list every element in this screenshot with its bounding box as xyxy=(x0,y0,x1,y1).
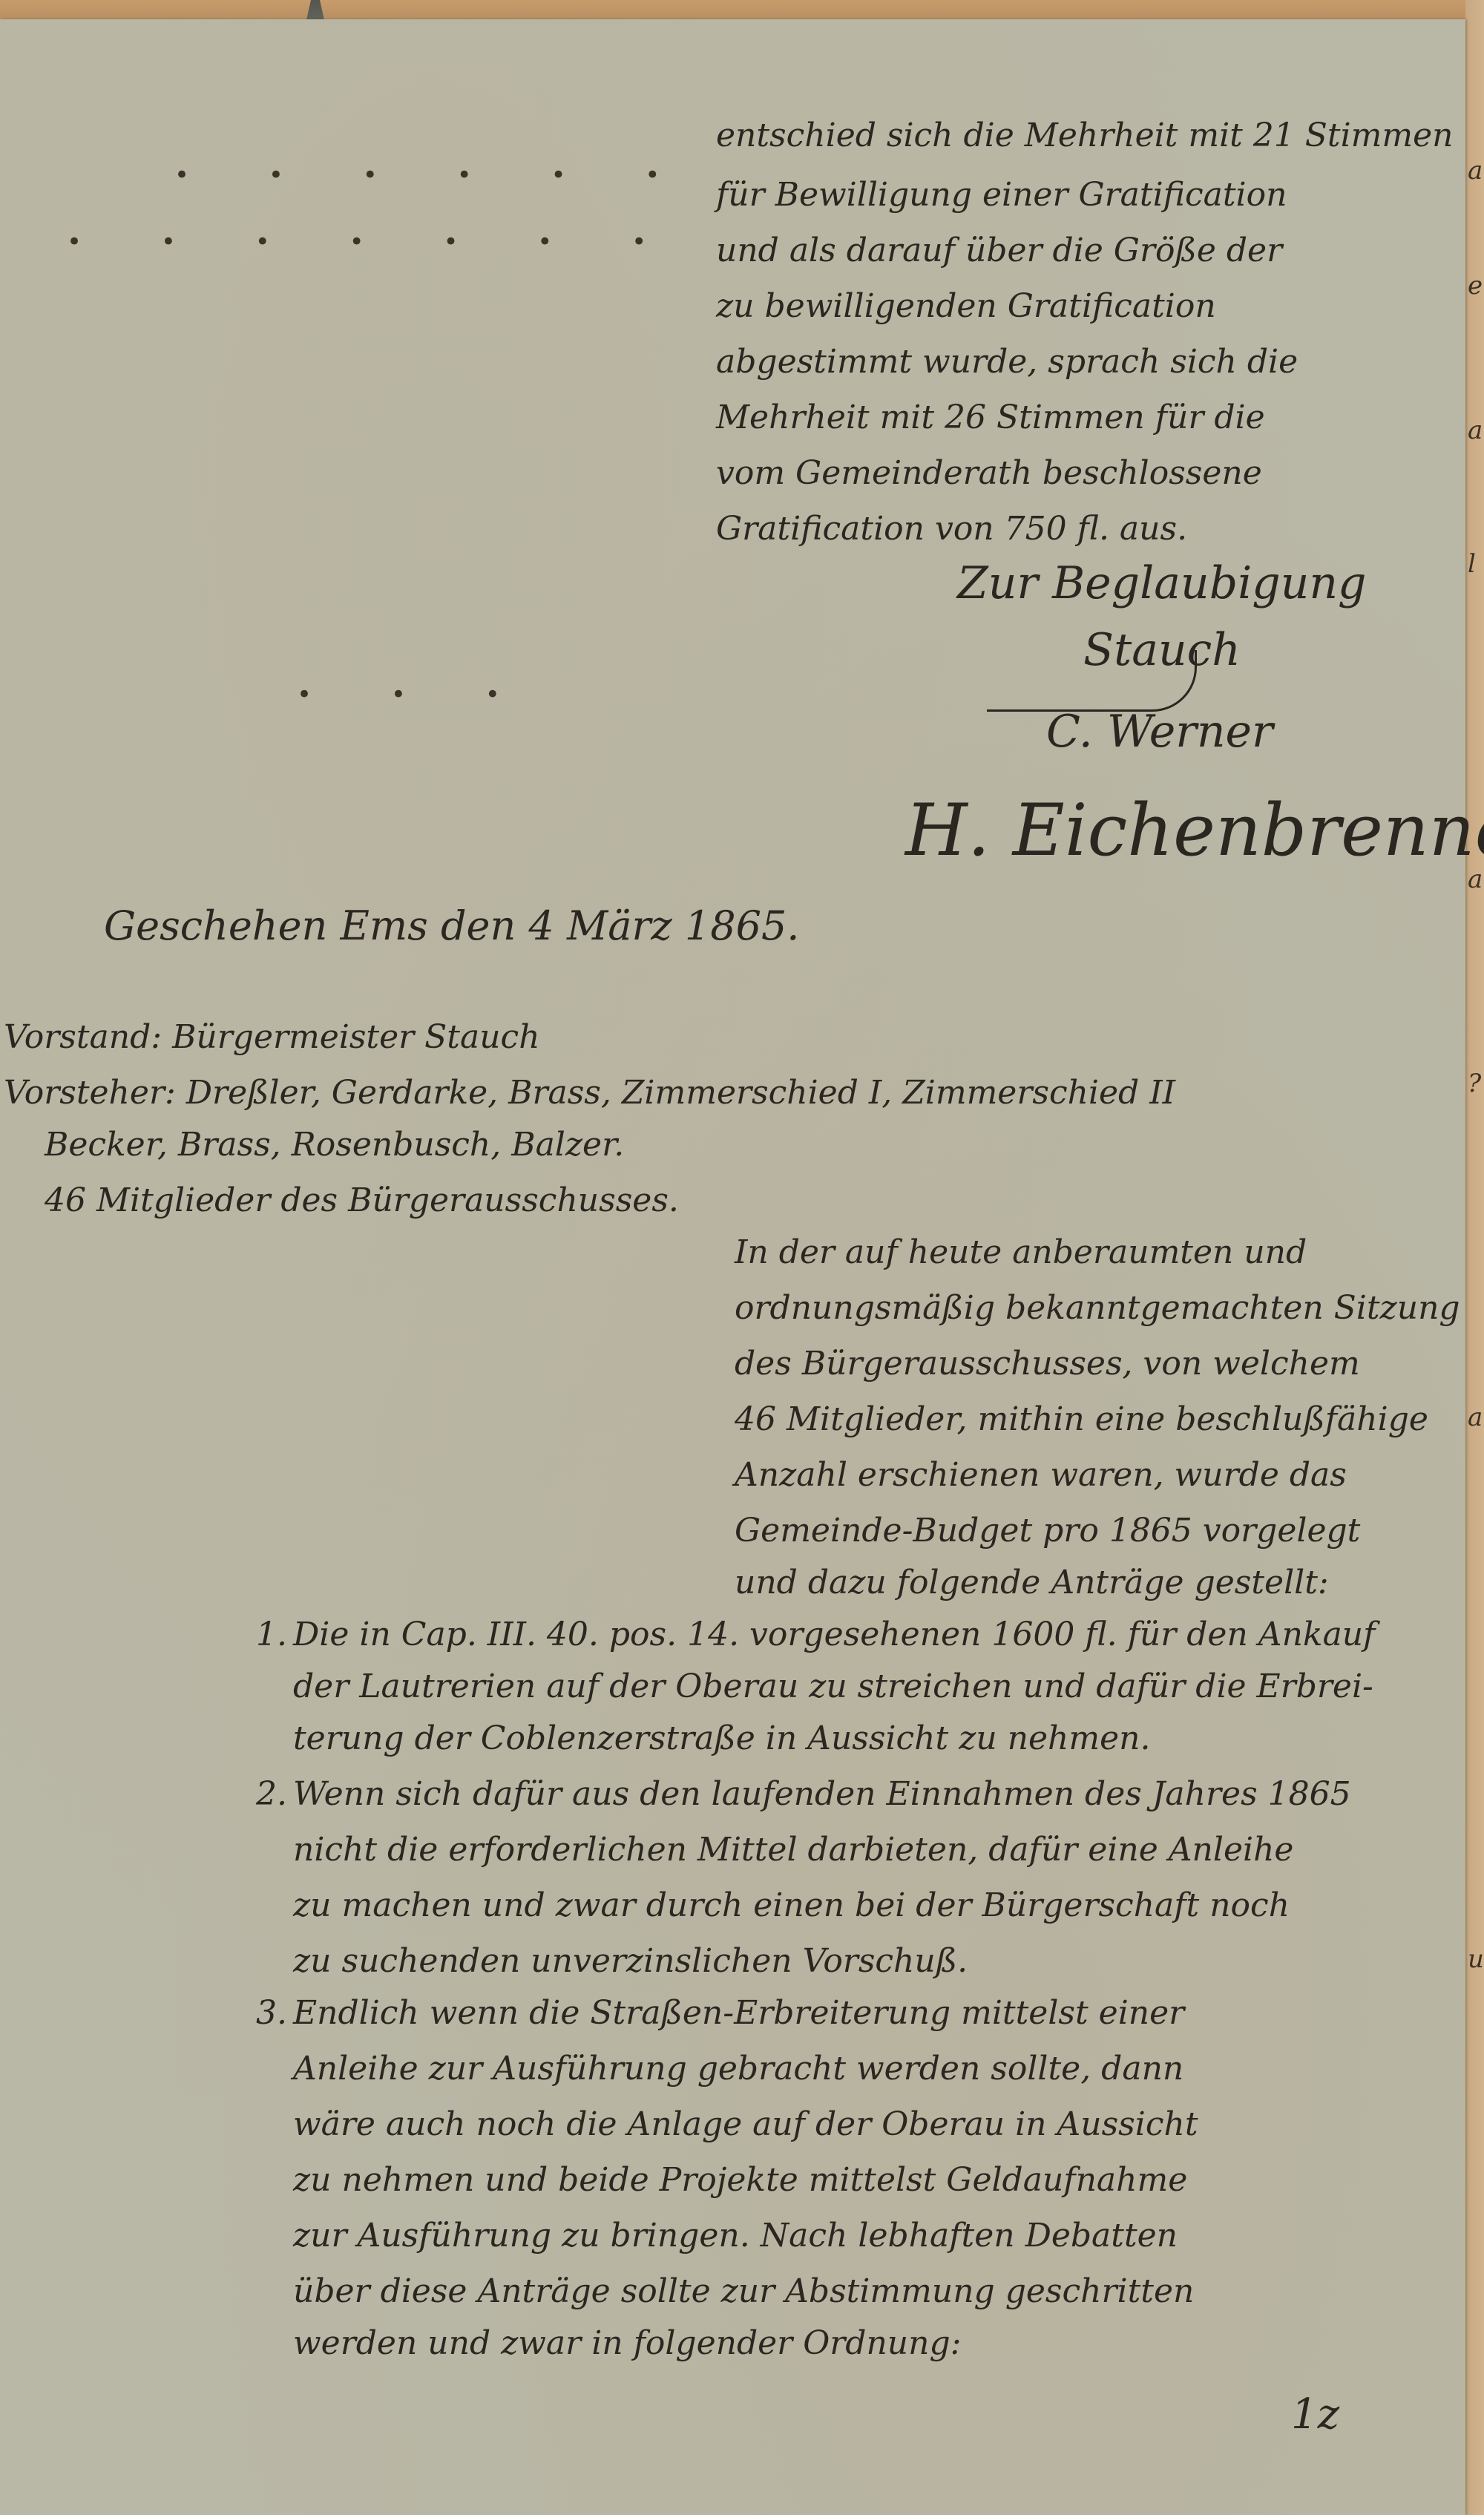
signature-eichenbrenner: H. Eichenbrenner xyxy=(905,795,1484,866)
text-line: für Bewilligung einer Gratification xyxy=(716,179,1287,212)
text-line: zur Ausführung zu bringen. Nach lebhafte… xyxy=(293,2220,1178,2252)
text-line: und als darauf über die Größe der xyxy=(716,235,1282,267)
margin-letter: l xyxy=(1468,549,1476,579)
adjacent-page-edge xyxy=(1465,0,1484,2515)
text-line: terung der Coblenzerstraße in Aussicht z… xyxy=(293,1722,1150,1755)
text-line: Anzahl erschienen waren, wurde das xyxy=(735,1459,1347,1492)
attestation: Zur Beglaubigung xyxy=(957,561,1366,606)
motion-number: 3. xyxy=(256,1997,287,2030)
text-line: Gemeinde-Budget pro 1865 vorgelegt xyxy=(735,1515,1360,1547)
margin-letter: ? xyxy=(1468,1069,1481,1098)
text-line: und dazu folgende Anträge gestellt: xyxy=(735,1567,1329,1599)
text-line: nicht die erforderlichen Mittel darbiete… xyxy=(293,1834,1293,1866)
text-line: zu machen und zwar durch einen bei der B… xyxy=(293,1889,1290,1922)
attendance-line: 46 Mitglieder des Bürgerausschusses. xyxy=(45,1184,679,1217)
text-line: wäre auch noch die Anlage auf der Oberau… xyxy=(293,2108,1198,2141)
text-line: Die in Cap. III. 40. pos. 14. vorgesehen… xyxy=(293,1619,1375,1651)
text-line: abgestimmt wurde, sprach sich die xyxy=(716,346,1298,378)
text-line: 46 Mitglieder, mithin eine beschlußfähig… xyxy=(735,1403,1428,1436)
manuscript-page: • • • • • • • • • • • • • • • • entschie… xyxy=(0,19,1465,2515)
motion-number: 2. xyxy=(256,1778,287,1811)
text-line: Anleihe zur Ausführung gebracht werden s… xyxy=(293,2053,1183,2085)
margin-letter: a xyxy=(1468,1403,1483,1432)
ink-dots: • • • • • • xyxy=(174,160,695,190)
board-line: Becker, Brass, Rosenbusch, Balzer. xyxy=(45,1129,624,1161)
text-line: Endlich wenn die Straßen-Erbreiterung mi… xyxy=(293,1997,1184,2030)
signature-flourish xyxy=(987,650,1197,712)
margin-letter: a xyxy=(1468,416,1483,445)
text-line: Gratification von 750 fl. aus. xyxy=(716,513,1187,545)
chair-line: Vorstand: Bürgermeister Stauch xyxy=(4,1021,540,1054)
margin-letter: e xyxy=(1468,271,1483,301)
ink-dots: • • • • • • • xyxy=(67,227,682,257)
text-line: werden und zwar in folgender Ordnung: xyxy=(293,2327,961,2360)
text-line: zu suchenden unverzinslichen Vorschuß. xyxy=(293,1945,968,1978)
signature-werner: C. Werner xyxy=(1046,709,1273,754)
text-line: Mehrheit mit 26 Stimmen für die xyxy=(716,401,1265,434)
text-line: der Lautrerien auf der Oberau zu streich… xyxy=(293,1670,1373,1703)
text-line: entschied sich die Mehrheit mit 21 Stimm… xyxy=(716,119,1454,152)
board-line: Vorsteher: Dreßler, Gerdarke, Brass, Zim… xyxy=(4,1077,1175,1109)
catchword: 1z xyxy=(1291,2394,1339,2436)
text-line: des Bürgerausschusses, von welchem xyxy=(735,1348,1360,1380)
session-date: Geschehen Ems den 4 März 1865. xyxy=(104,906,799,946)
motion-number: 1. xyxy=(256,1619,287,1651)
ink-dots: • • • xyxy=(297,680,536,709)
text-line: Wenn sich dafür aus den laufenden Einnah… xyxy=(293,1778,1351,1811)
cardboard-backing-top xyxy=(0,0,1484,19)
text-line: vom Gemeinderath beschlossene xyxy=(716,457,1262,490)
margin-letter: a xyxy=(1468,865,1483,894)
text-line: In der auf heute anberaumten und xyxy=(735,1236,1307,1269)
text-line: über diese Anträge sollte zur Abstimmung… xyxy=(293,2275,1194,2308)
text-line: ordnungsmäßig bekanntgemachten Sitzung xyxy=(735,1292,1460,1325)
margin-letter: a xyxy=(1468,156,1483,186)
margin-letter: u xyxy=(1468,1944,1484,1974)
text-line: zu nehmen und beide Projekte mittelst Ge… xyxy=(293,2164,1187,2197)
text-line: zu bewilligenden Gratification xyxy=(716,290,1216,323)
